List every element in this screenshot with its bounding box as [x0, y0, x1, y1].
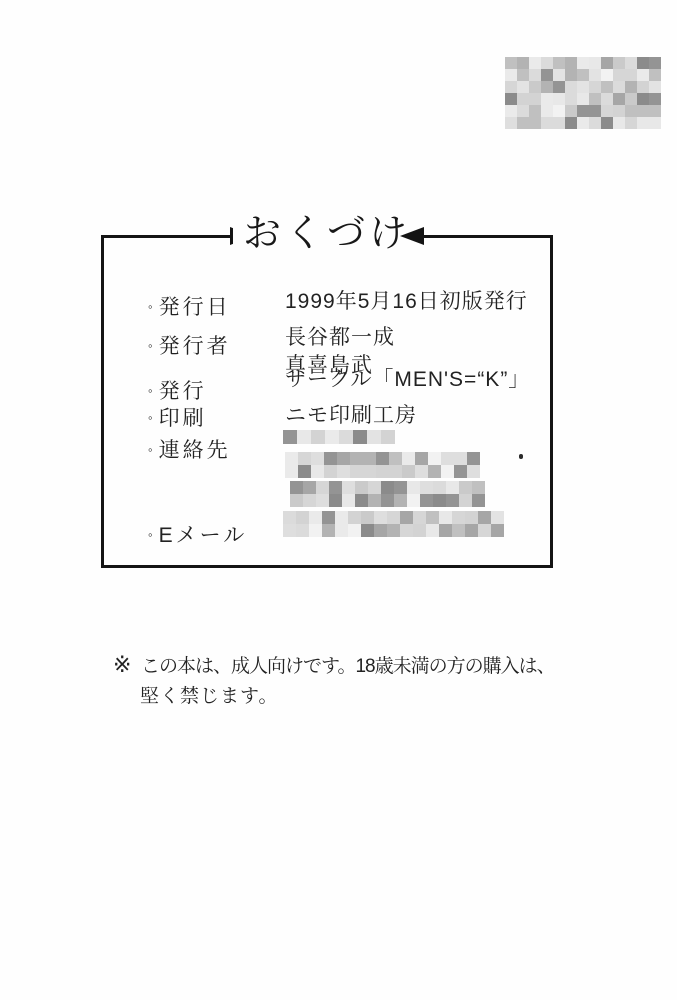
bullet-icon: ◦	[148, 338, 156, 353]
label-contact: ◦連絡先	[148, 434, 231, 464]
censored-contact-line-1	[283, 430, 395, 444]
censored-email-line	[283, 511, 504, 537]
value-publication-date: 1999年5月16日初版発行	[285, 285, 528, 315]
censored-block-top-right	[505, 57, 661, 129]
censored-contact-line-2	[285, 452, 480, 478]
adult-notice-line-2: 堅く禁じます。	[140, 681, 278, 708]
label-text: 発行者	[159, 335, 231, 358]
value-printer: ニモ印刷工房	[285, 399, 417, 429]
arrow-left-icon	[400, 227, 424, 245]
bullet-icon: ◦	[148, 383, 156, 398]
censored-contact-line-3	[290, 481, 485, 507]
label-text: Eメール	[159, 524, 248, 547]
bullet-icon: ◦	[148, 299, 156, 314]
label-text: 印刷	[159, 407, 207, 430]
colophon-box: おくづけ ◦発行日 1999年5月16日初版発行 ◦発行者 長谷都一成 真喜島武…	[101, 235, 553, 568]
label-text: 発行	[159, 380, 207, 403]
label-publisher: ◦発行者	[148, 330, 231, 360]
label-text: 連絡先	[159, 439, 231, 462]
bullet-icon: ◦	[148, 442, 156, 457]
adult-notice-line-1: この本は、成人向けです。18歳未満の方の購入は、	[141, 651, 561, 678]
page-title: おくづけ	[233, 202, 421, 257]
label-publication-date: ◦発行日	[148, 291, 231, 321]
label-printer: ◦印刷	[148, 402, 207, 432]
label-circle: ◦発行	[148, 375, 207, 405]
bullet-icon: ◦	[148, 410, 156, 425]
value-publisher-1: 長谷都一成	[285, 321, 395, 351]
label-email: ◦Eメール	[148, 519, 247, 549]
reference-mark: ※	[113, 652, 131, 678]
scanned-page: { "page": { "background": "#fefefe", "in…	[0, 0, 677, 1000]
label-text: 発行日	[159, 296, 231, 319]
stray-punctuation-mark	[519, 454, 523, 459]
value-circle: サークル「MEN'S=“K”」	[285, 363, 530, 393]
bullet-icon: ◦	[148, 527, 156, 542]
